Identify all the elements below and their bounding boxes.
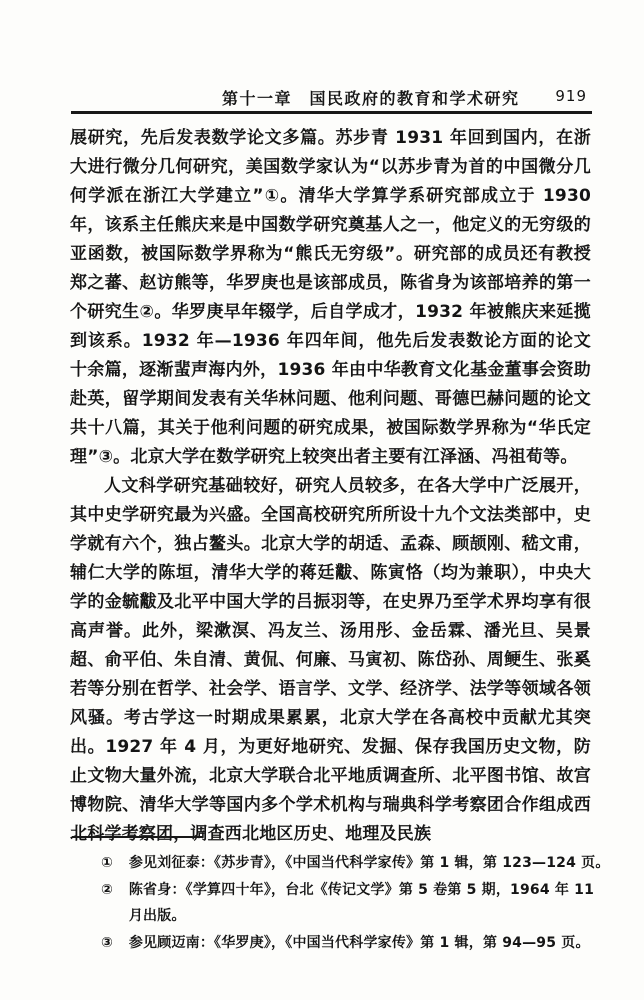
page-body: 展研究，先后发表数学论文多篇。苏步青 1931 年回到国内，在浙大进行微分几何研… [70, 124, 591, 849]
footnote-1: ① 参见刘征泰：《苏步青》，《中国当代科学家传》第 1 辑，第 123—124 … [101, 850, 613, 877]
footnote-2: ② 陈省身：《学算四十年》，台北《传记文学》第 5 卷第 5 期，1964 年 … [101, 877, 613, 930]
footnote-3: ③ 参见顾迈南：《华罗庚》，《中国当代科学家传》第 1 辑，第 94—95 页。 [101, 930, 613, 957]
paragraph-2: 人文科学研究基础较好，研究人员较多，在各大学中广泛展开，其中史学研究最为兴盛。全… [70, 472, 591, 849]
footnote-2-marker: ② [101, 877, 113, 904]
page-header: 第十一章 国民政府的教育和学术研究 919 [0, 86, 644, 108]
page-number: 919 [555, 87, 587, 105]
footnote-1-marker: ① [101, 850, 113, 877]
header-rule [71, 111, 592, 114]
footnote-3-marker: ③ [101, 930, 113, 957]
paragraph-1: 展研究，先后发表数学论文多篇。苏步青 1931 年回到国内，在浙大进行微分几何研… [70, 124, 591, 472]
footnote-1-text: 参见刘征泰：《苏步青》，《中国当代科学家传》第 1 辑，第 123—124 页。 [129, 850, 613, 877]
book-page: 第十一章 国民政府的教育和学术研究 919 展研究，先后发表数学论文多篇。苏步青… [0, 0, 644, 1000]
chapter-title: 第十一章 国民政府的教育和学术研究 [222, 86, 520, 109]
footnote-separator [72, 836, 203, 838]
footnote-2-text: 陈省身：《学算四十年》，台北《传记文学》第 5 卷第 5 期，1964 年 11… [129, 877, 613, 930]
footnotes: ① 参见刘征泰：《苏步青》，《中国当代科学家传》第 1 辑，第 123—124 … [101, 850, 613, 956]
footnote-3-text: 参见顾迈南：《华罗庚》，《中国当代科学家传》第 1 辑，第 94—95 页。 [129, 930, 613, 957]
